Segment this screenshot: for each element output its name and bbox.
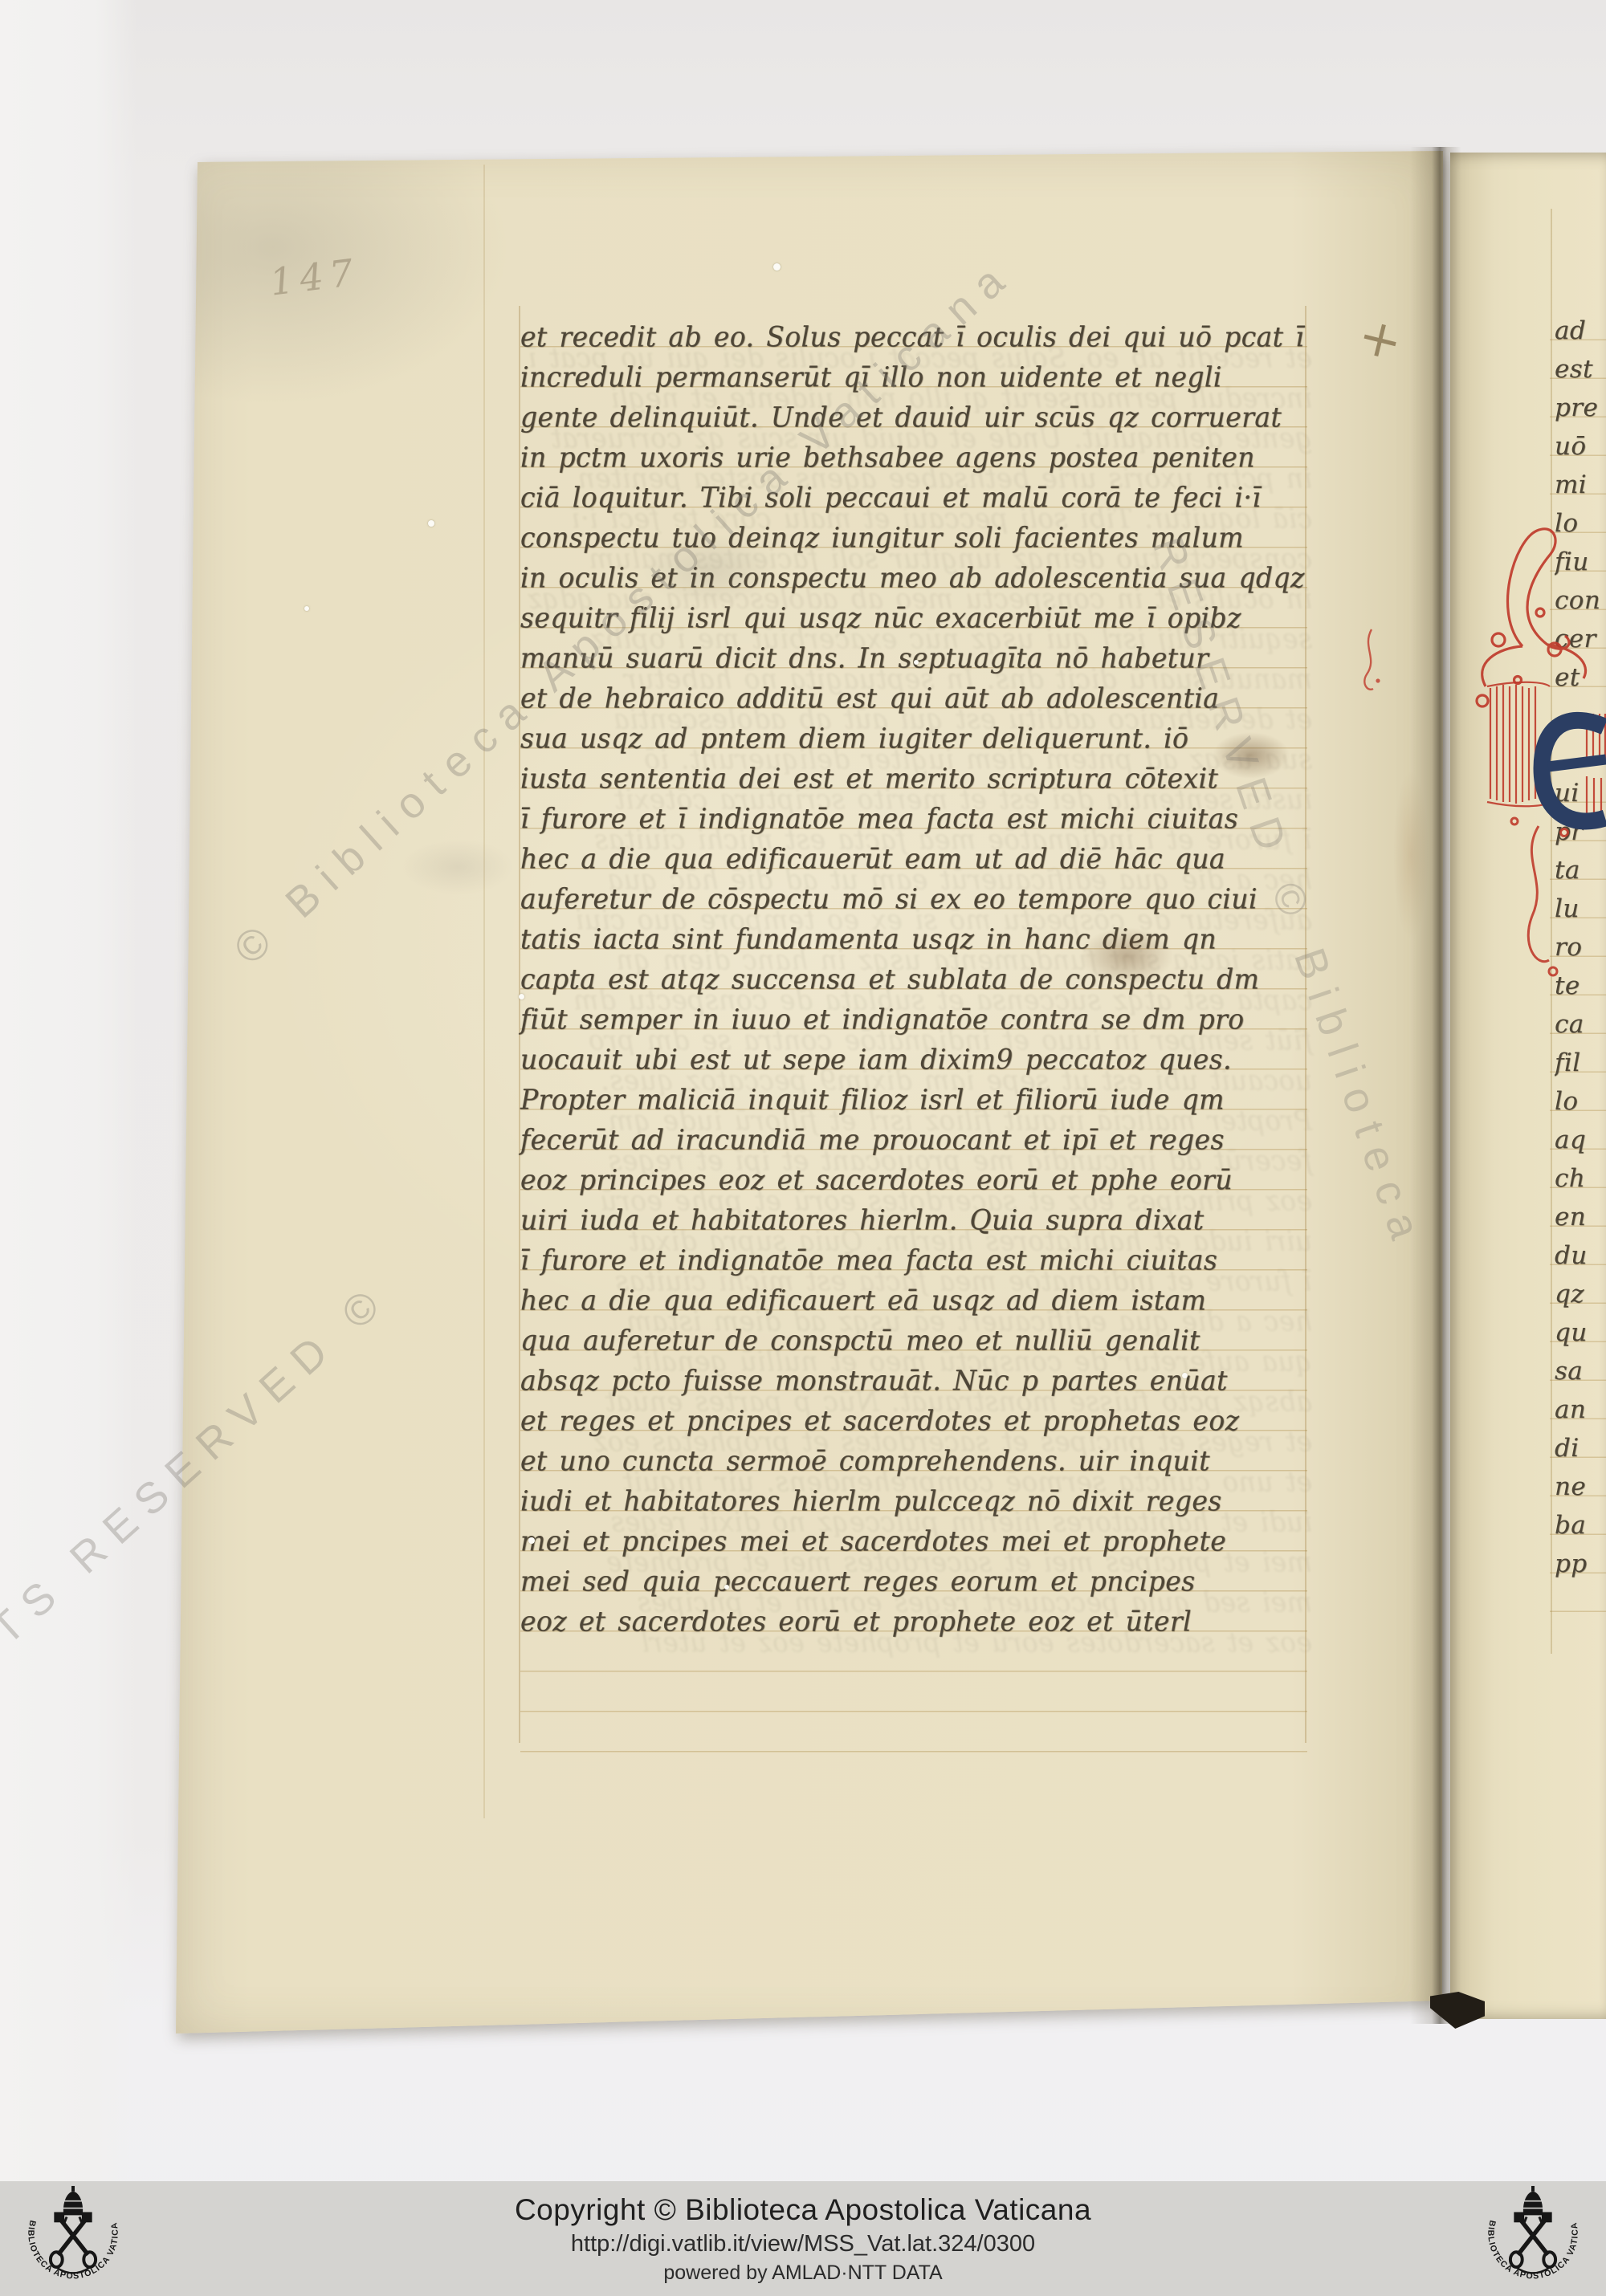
- recto-line-fragment: qu: [1555, 1313, 1606, 1352]
- manuscript-line: et de hebraico additū est qui aūt ab ado…: [520, 678, 1307, 719]
- recto-line-fragment: pre: [1555, 389, 1606, 427]
- parchment-hole: [428, 520, 434, 527]
- crossed-keys-icon: [51, 2186, 96, 2273]
- manuscript-line: et reges et pncipes et sacerdotes et pro…: [520, 1400, 1307, 1442]
- recto-line-fragment: ad: [1555, 311, 1606, 350]
- crossed-keys-icon: [1510, 2186, 1555, 2273]
- parchment-hole: [528, 1537, 535, 1544]
- parchment-hole: [914, 660, 919, 665]
- parchment-hole: [1182, 1373, 1188, 1378]
- manuscript-line: et uno cuncta sermoē comprehendens. uir …: [520, 1440, 1307, 1482]
- manuscript-line: uiri iuda et habitatores hierlm. Quia su…: [520, 1199, 1307, 1241]
- recto-line-fragment: sa: [1555, 1352, 1606, 1390]
- manuscript-line: absqz pcto fuisse monstrauāt. Nūc p part…: [520, 1360, 1307, 1402]
- red-penwork-tail: [1511, 818, 1568, 975]
- copyright-footer: Copyright © Biblioteca Apostolica Vatica…: [0, 2181, 1606, 2296]
- manuscript-line: eoz principes eoz et sacerdotes eorū et …: [520, 1159, 1307, 1201]
- parchment-hole: [519, 994, 524, 999]
- manuscript-line: conspectu tuo deinqz iungitur soli facie…: [520, 517, 1307, 559]
- manuscript-line: ī furore et indignatōe mea facta est mic…: [520, 1240, 1307, 1281]
- vatican-library-logo-left: BIBLIOTECA APOSTOLICA VATICANA: [13, 2184, 133, 2294]
- recto-line-fragment: ca: [1555, 1005, 1606, 1044]
- recto-line-fragment: di: [1555, 1429, 1606, 1468]
- recto-line-fragment: an: [1555, 1390, 1606, 1429]
- manuscript-line: manuū suarū dicit dns. In septuagīta nō …: [520, 637, 1307, 679]
- manuscript-line: sua usqz ad pntem diem iugiter deliqueru…: [520, 718, 1307, 759]
- manuscript-line: in oculis et in conspectu meo ab adolesc…: [520, 557, 1307, 599]
- recto-line-fragment: ne: [1555, 1468, 1606, 1506]
- vertical-ruling-outer-left: [483, 165, 485, 1818]
- initial-letter-glyph: [1542, 720, 1606, 821]
- manuscript-line: eoz et sacerdotes eorū et prophete eoz e…: [520, 1601, 1307, 1643]
- manuscript-line: Propter maliciā inquit filioz isrl et fi…: [520, 1079, 1307, 1121]
- manuscript-line: auferetur de cōspectu mō si ex eo tempor…: [520, 878, 1307, 920]
- vatican-library-logo-right: BIBLIOTECA APOSTOLICA VATICANA: [1473, 2184, 1593, 2294]
- recto-line-fragment: ba: [1555, 1506, 1606, 1545]
- recto-line-fragment: est: [1555, 350, 1606, 389]
- recto-line-fragment: fil: [1555, 1044, 1606, 1082]
- manuscript-line: sequitr filij isrl qui usqz nūc exacerbi…: [520, 597, 1307, 639]
- copyright-line: Copyright © Biblioteca Apostolica Vatica…: [515, 2193, 1091, 2227]
- parchment-hole: [773, 263, 781, 271]
- recto-line-fragment: pp: [1555, 1545, 1606, 1583]
- manuscript-line: in pctm uxoris urie bethsabee agens post…: [520, 437, 1307, 478]
- manuscript-line: qua auferetur de conspctū meo et nulliū …: [520, 1320, 1307, 1362]
- recto-line-fragment: qz: [1555, 1275, 1606, 1313]
- manuscript-line: gente delinquiūt. Unde et dauid uir scūs…: [520, 397, 1307, 438]
- manuscript-text: et recedit ab eo. Solus peccat ī oculis …: [520, 317, 1307, 1642]
- manuscript-line: ī furore et ī indignatōe mea facta est m…: [520, 798, 1307, 840]
- manuscript-line: iusta sententia dei est et merito script…: [520, 758, 1307, 800]
- recto-line-fragment: lo: [1555, 1082, 1606, 1121]
- recto-line-fragment: du: [1555, 1236, 1606, 1275]
- recto-line-fragment: ch: [1555, 1159, 1606, 1198]
- text-block: et recedit ab eo. Solus peccat ī oculis …: [520, 317, 1307, 1664]
- red-penwork-flourish: [1477, 529, 1586, 706]
- powered-by-line: powered by AMLAD·NTT DATA: [663, 2261, 942, 2285]
- recto-line-fragment: en: [1555, 1198, 1606, 1236]
- decorated-initial: [1469, 446, 1606, 1008]
- manuscript-line: fecerūt ad iracundiā me prouocant et ipī…: [520, 1119, 1307, 1161]
- manuscript-line: ciā loquitur. Tibi soli peccaui et malū …: [520, 477, 1307, 519]
- manuscript-page-verso: et recedit ab eo. Solus peccat ī oculis …: [176, 151, 1443, 2033]
- manuscript-line: tatis iacta sint fundamenta usqz in hanc…: [520, 918, 1307, 960]
- manuscript-line: hec a die qua edificauerūt eam ut ad diē…: [520, 838, 1307, 880]
- manuscript-line: mei et pncipes mei et sacerdotes mei et …: [520, 1520, 1307, 1562]
- parchment-hole: [304, 606, 309, 611]
- source-url: http://digi.vatlib.it/view/MSS_Vat.lat.3…: [571, 2231, 1035, 2257]
- manuscript-line: fiūt semper in iuuo et indignatōe contra…: [520, 999, 1307, 1040]
- manuscript-line: capta est atqz succensa et sublata de co…: [520, 959, 1307, 1000]
- footer-text-block: Copyright © Biblioteca Apostolica Vatica…: [0, 2181, 1606, 2296]
- digitized-manuscript-scan: et recedit ab eo. Solus peccat ī oculis …: [0, 0, 1606, 2296]
- manuscript-line: et recedit ab eo. Solus peccat ī oculis …: [520, 316, 1307, 358]
- recto-line-fragment: aq: [1555, 1121, 1606, 1159]
- manuscript-line: uocauit ubi est ut sepe iam dixim9 pecca…: [520, 1039, 1307, 1081]
- manuscript-line: hec a die qua edificauert eā usqz ad die…: [520, 1280, 1307, 1321]
- manuscript-line: mei sed quia peccauert reges eorum et pn…: [520, 1561, 1307, 1602]
- manuscript-line: iudi et habitatores hierlm pulcceqz nō d…: [520, 1480, 1307, 1522]
- parchment-hole: [724, 1585, 729, 1590]
- manuscript-line: increduli permanserūt qī illo non uident…: [520, 356, 1307, 398]
